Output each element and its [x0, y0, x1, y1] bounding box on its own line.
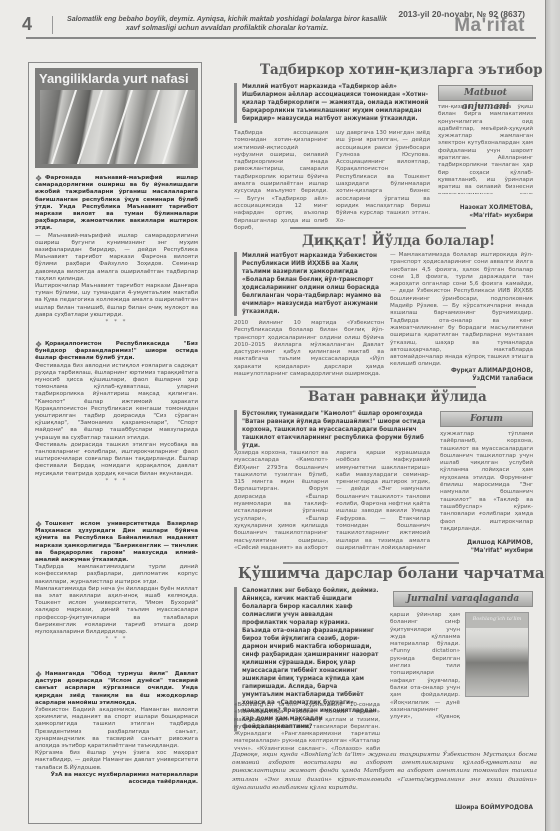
newspaper-page: 2013-yil 20-noyabr, № 92 (8637) 4 Saloma… — [0, 0, 545, 831]
article-column: Ҳозирда корхона, ташкилот ва муассасалар… — [234, 450, 328, 550]
news-item-body-2: Кўргазма биз ёшлар учун ўзига хос маҳора… — [35, 750, 198, 772]
section-stars: * * * — [35, 319, 198, 326]
news-item-body-2: Мамлакатимизда бир неча ўн йиллардан буё… — [35, 586, 198, 636]
news-item-lead: Фарғонада маънавий-маърифий ишлар самара… — [35, 175, 198, 231]
newspaper-logo: Ma'rifat — [454, 15, 525, 37]
news-item-body: — Маънавий-маърифий ишлар самарадорлигин… — [35, 233, 198, 283]
author-name: Фурқат АЛИМАРДОНОВ, — [390, 368, 533, 376]
page-tagline: Salomatlik eng bebaho boylik, deymiz. Ay… — [62, 15, 392, 33]
news-banner: Yangiliklarda yurt nafasi — [35, 68, 198, 168]
journal-cover-title: Boshlang‘ich ta’lim — [468, 616, 526, 622]
news-banner-title: Yangiliklarda yurt nafasi — [39, 71, 189, 86]
article-column: ларига қарши курашишда ноёбсиз мафкурави… — [336, 450, 430, 550]
article-lead: Бўстонлиқ туманидаги "Камолот" ёшлар оро… — [234, 410, 430, 450]
rubric-label: Matbuot anjumani — [438, 85, 533, 101]
article-title-entrepreneur: Тадбиркор хотин-қизларга эътибор — [260, 62, 543, 78]
news-sidebar-box: Yangiliklarda yurt nafasi ❖Фарғонада маъ… — [28, 62, 202, 824]
news-item-lead: Тошкент ислом университетида Вазирлар Ма… — [35, 521, 198, 563]
author-role: "Ma'rifat" мухбири — [440, 548, 533, 556]
section-stars: * * * — [35, 636, 198, 643]
article-title-extra-lessons: Қўшимча дарслар болани чарчатмайдими? — [238, 565, 560, 582]
article-italic-note: Дарвоқе, яқин кунда «Boshlang‘ich ta’lim… — [232, 751, 537, 792]
article-column: Тадбирда ассоциация томонидан хотин-қизл… — [234, 130, 328, 230]
news-item-body: Фестивалда биз авлодни истиқлол ғоялариг… — [35, 363, 198, 442]
article-lead: Миллий матбуот марказида «Тадбиркор аёл»… — [234, 83, 430, 123]
article-signature: Дилшод КАРИМОВ, "Ma'rifat" мухбири — [440, 540, 533, 555]
journal-cover-image: Boshlang‘ich ta’lim — [465, 612, 529, 697]
author-role: «Ma'rifat» мухбири — [438, 213, 533, 221]
article-column: «Boshlang‘ich ta’lim» журналининг 10-сон… — [234, 702, 380, 750]
news-item-body-2: Фестиваль доирасида ташкил этилган мусоб… — [35, 442, 198, 478]
page-number-divider — [52, 16, 53, 34]
article-title-homeland: Ватан равнақи йўлида — [308, 389, 487, 405]
header-rule — [26, 37, 536, 39]
author-role: ЎзДСМИ талабаси — [390, 376, 533, 384]
rubric-label: Forum — [440, 411, 533, 427]
article-signature: Назокат ХОЛМЕТОВА, «Ma'rifat» мухбири — [438, 205, 533, 220]
scan-page-edge — [545, 0, 560, 831]
article-signature: Фурқат АЛИМАРДОНОВ, ЎзДСМИ талабаси — [390, 368, 533, 383]
article-column: қарши ўйинлар ҳам боланинг синф ўқитувчи… — [390, 612, 460, 722]
news-item: ❖Наманганда "Обод турмуш йили" Давлат да… — [35, 671, 198, 786]
section-divider — [300, 386, 476, 388]
author-name: Дилшод КАРИМОВ, — [440, 540, 533, 548]
news-item: ❖Қорақалпоғистон Республикасида "Биз бун… — [35, 341, 198, 485]
article-column: ҳужжатлар тўплами тайёрланиб, корхона, т… — [440, 431, 533, 531]
news-item-lead: Наманганда "Обод турмуш йили" Давлат дас… — [35, 671, 198, 706]
news-signature: ЎзА ва махсус мухбирларимиз материаллари… — [35, 772, 198, 786]
rubric-label: Jurnalni varaqlaganda — [393, 591, 533, 607]
section-divider — [290, 227, 466, 229]
author-name: Назокат ХОЛМЕТОВА, — [438, 205, 533, 213]
news-item-body-2: Иштирокчилар Маънавият тарғибот маркази … — [35, 283, 198, 319]
section-stars: * * * — [35, 478, 198, 485]
news-item-body: Ўзбекистон Бадиий академияси, Наманган в… — [35, 707, 198, 750]
news-item: ❖Фарғонада маънавий-маърифий ишлар самар… — [35, 175, 198, 326]
article-column: шу давргача 130 мингдан зиёд иш ўрни яра… — [336, 130, 430, 230]
article-column: — Мамлакатимизда болалар иштирокида йўл-… — [390, 252, 533, 372]
news-item: ❖Тошкент ислом университетида Вазирлар М… — [35, 521, 198, 643]
page-number: 4 — [22, 14, 32, 35]
author-name: Шоира БОЙМУРОДОВА — [390, 805, 533, 813]
article-column: 2010 йилнинг 10 мартида «Ўзбекистон Респ… — [234, 320, 384, 380]
section-divider — [283, 562, 459, 564]
article-title-attention: Диққат! Йўлда болалар! — [302, 233, 495, 249]
news-photo-collage — [40, 90, 195, 164]
article-column: тин-қизлар бу соҳада ўқиш билан бирга ма… — [438, 104, 533, 194]
news-item-body: Тадбирда мамлакатимиздаги турли диний ко… — [35, 564, 198, 586]
article-lead: Миллий матбуот марказида Ўзбекистон Респ… — [234, 252, 384, 316]
news-item-lead: Қорақалпоғистон Республикасида "Биз бунё… — [35, 341, 198, 361]
